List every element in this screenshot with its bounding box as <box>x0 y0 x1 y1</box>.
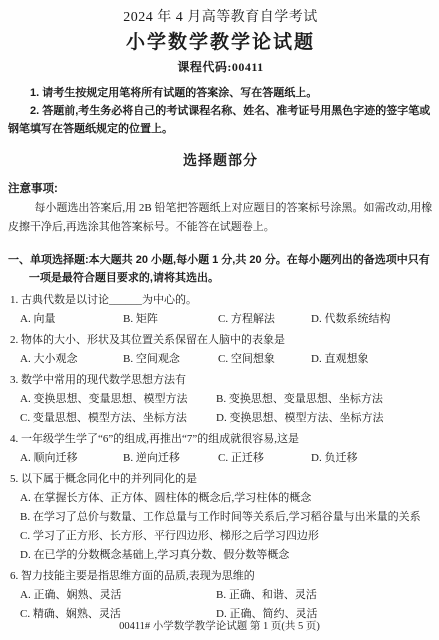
part-one-header: 一、单项选择题:本大题共 20 小题,每小题 1 分,共 20 分。在每小题列出… <box>8 251 433 287</box>
exam-session-title: 2024 年 4 月高等教育自学考试 <box>8 6 433 27</box>
question-1: 1. 古典代数是以讨论______为中心的。A. 向量B. 矩阵C. 方程解法D… <box>8 291 433 329</box>
paper-title: 小学数学教学论试题 <box>8 31 433 55</box>
option-d: D. 代数系统结构 <box>311 310 433 329</box>
page-footer: 00411# 小学数学教学论试题 第 1 页(共 5 页) <box>0 618 439 633</box>
question-list: 1. 古典代数是以讨论______为中心的。A. 向量B. 矩阵C. 方程解法D… <box>8 291 433 624</box>
instruction-2: 2. 答题前,考生务必将自己的考试课程名称、姓名、准考证号用黑色字迹的签字笔或钢… <box>8 102 433 138</box>
question-6: 6. 智力技能主要是指思维方面的品质,表现为思维的A. 正确、娴熟、灵活B. 正… <box>8 567 433 624</box>
option-c: C. 学习了正方形、长方形、平行四边形、梯形之后学习四边形 <box>20 527 433 546</box>
option-c: C. 正迁移 <box>218 449 311 468</box>
option-a: A. 正确、娴熟、灵活 <box>20 586 216 605</box>
question-5: 5. 以下属于概念同化中的并列同化的是A. 在掌握长方体、正方体、圆柱体的概念后… <box>8 470 433 565</box>
option-a: A. 变换思想、变量思想、模型方法 <box>20 390 216 409</box>
option-b: B. 在学习了总价与数量、工作总量与工作时间等关系后,学习稻谷量与出米量的关系 <box>20 508 433 527</box>
question-stem: 4. 一年级学生学了“6”的组成,再推出“7”的组成就很容易,这是 <box>8 430 433 449</box>
question-stem: 2. 物体的大小、形状及其位置关系保留在人脑中的表象是 <box>8 331 433 350</box>
question-2: 2. 物体的大小、形状及其位置关系保留在人脑中的表象是A. 大小观念B. 空间观… <box>8 331 433 369</box>
question-stem: 3. 数学中常用的现代数学思想方法有 <box>8 371 433 390</box>
instruction-1: 1. 请考生按规定用笔将所有试题的答案涂、写在答题纸上。 <box>8 84 433 102</box>
question-options: A. 大小观念B. 空间观念C. 空间想象D. 直观想象 <box>8 350 433 369</box>
option-d: D. 变换思想、模型方法、坐标方法 <box>216 409 433 428</box>
question-options: A. 顺向迁移B. 逆向迁移C. 正迁移D. 负迁移 <box>8 449 433 468</box>
option-d: D. 直观想象 <box>311 350 433 369</box>
option-d: D. 负迁移 <box>311 449 433 468</box>
option-a: A. 向量 <box>20 310 123 329</box>
notice-label: 注意事项: <box>8 181 433 197</box>
question-options: A. 变换思想、变量思想、模型方法B. 变换思想、变量思想、坐标方法C. 变量思… <box>8 390 433 428</box>
option-b: B. 空间观念 <box>123 350 218 369</box>
option-a: A. 大小观念 <box>20 350 123 369</box>
option-c: C. 方程解法 <box>218 310 311 329</box>
course-code: 课程代码:00411 <box>8 60 433 75</box>
candidate-instructions: 1. 请考生按规定用笔将所有试题的答案涂、写在答题纸上。 2. 答题前,考生务必… <box>8 84 433 138</box>
question-stem: 1. 古典代数是以讨论______为中心的。 <box>8 291 433 310</box>
option-b: B. 逆向迁移 <box>123 449 218 468</box>
question-3: 3. 数学中常用的现代数学思想方法有A. 变换思想、变量思想、模型方法B. 变换… <box>8 371 433 428</box>
question-stem: 5. 以下属于概念同化中的并列同化的是 <box>8 470 433 489</box>
option-c: C. 空间想象 <box>218 350 311 369</box>
paper-header: 2024 年 4 月高等教育自学考试 小学数学教学论试题 课程代码:00411 <box>8 6 433 75</box>
option-d: D. 在已学的分数概念基础上,学习真分数、假分数等概念 <box>20 546 433 565</box>
question-4: 4. 一年级学生学了“6”的组成,再推出“7”的组成就很容易,这是A. 顺向迁移… <box>8 430 433 468</box>
question-options: A. 向量B. 矩阵C. 方程解法D. 代数系统结构 <box>8 310 433 329</box>
exam-paper-page: 2024 年 4 月高等教育自学考试 小学数学教学论试题 课程代码:00411 … <box>0 0 439 640</box>
option-b: B. 矩阵 <box>123 310 218 329</box>
question-options: A. 在掌握长方体、正方体、圆柱体的概念后,学习柱体的概念B. 在学习了总价与数… <box>8 489 433 565</box>
notice-body: 每小题选出答案后,用 2B 铅笔把答题纸上对应题目的答案标号涂黑。如需改动,用橡… <box>8 199 433 236</box>
option-a: A. 顺向迁移 <box>20 449 123 468</box>
option-b: B. 变换思想、变量思想、坐标方法 <box>216 390 433 409</box>
section-title: 选择题部分 <box>8 151 433 169</box>
option-b: B. 正确、和谐、灵活 <box>216 586 433 605</box>
option-a: A. 在掌握长方体、正方体、圆柱体的概念后,学习柱体的概念 <box>20 489 433 508</box>
option-c: C. 变量思想、模型方法、坐标方法 <box>20 409 216 428</box>
question-stem: 6. 智力技能主要是指思维方面的品质,表现为思维的 <box>8 567 433 586</box>
